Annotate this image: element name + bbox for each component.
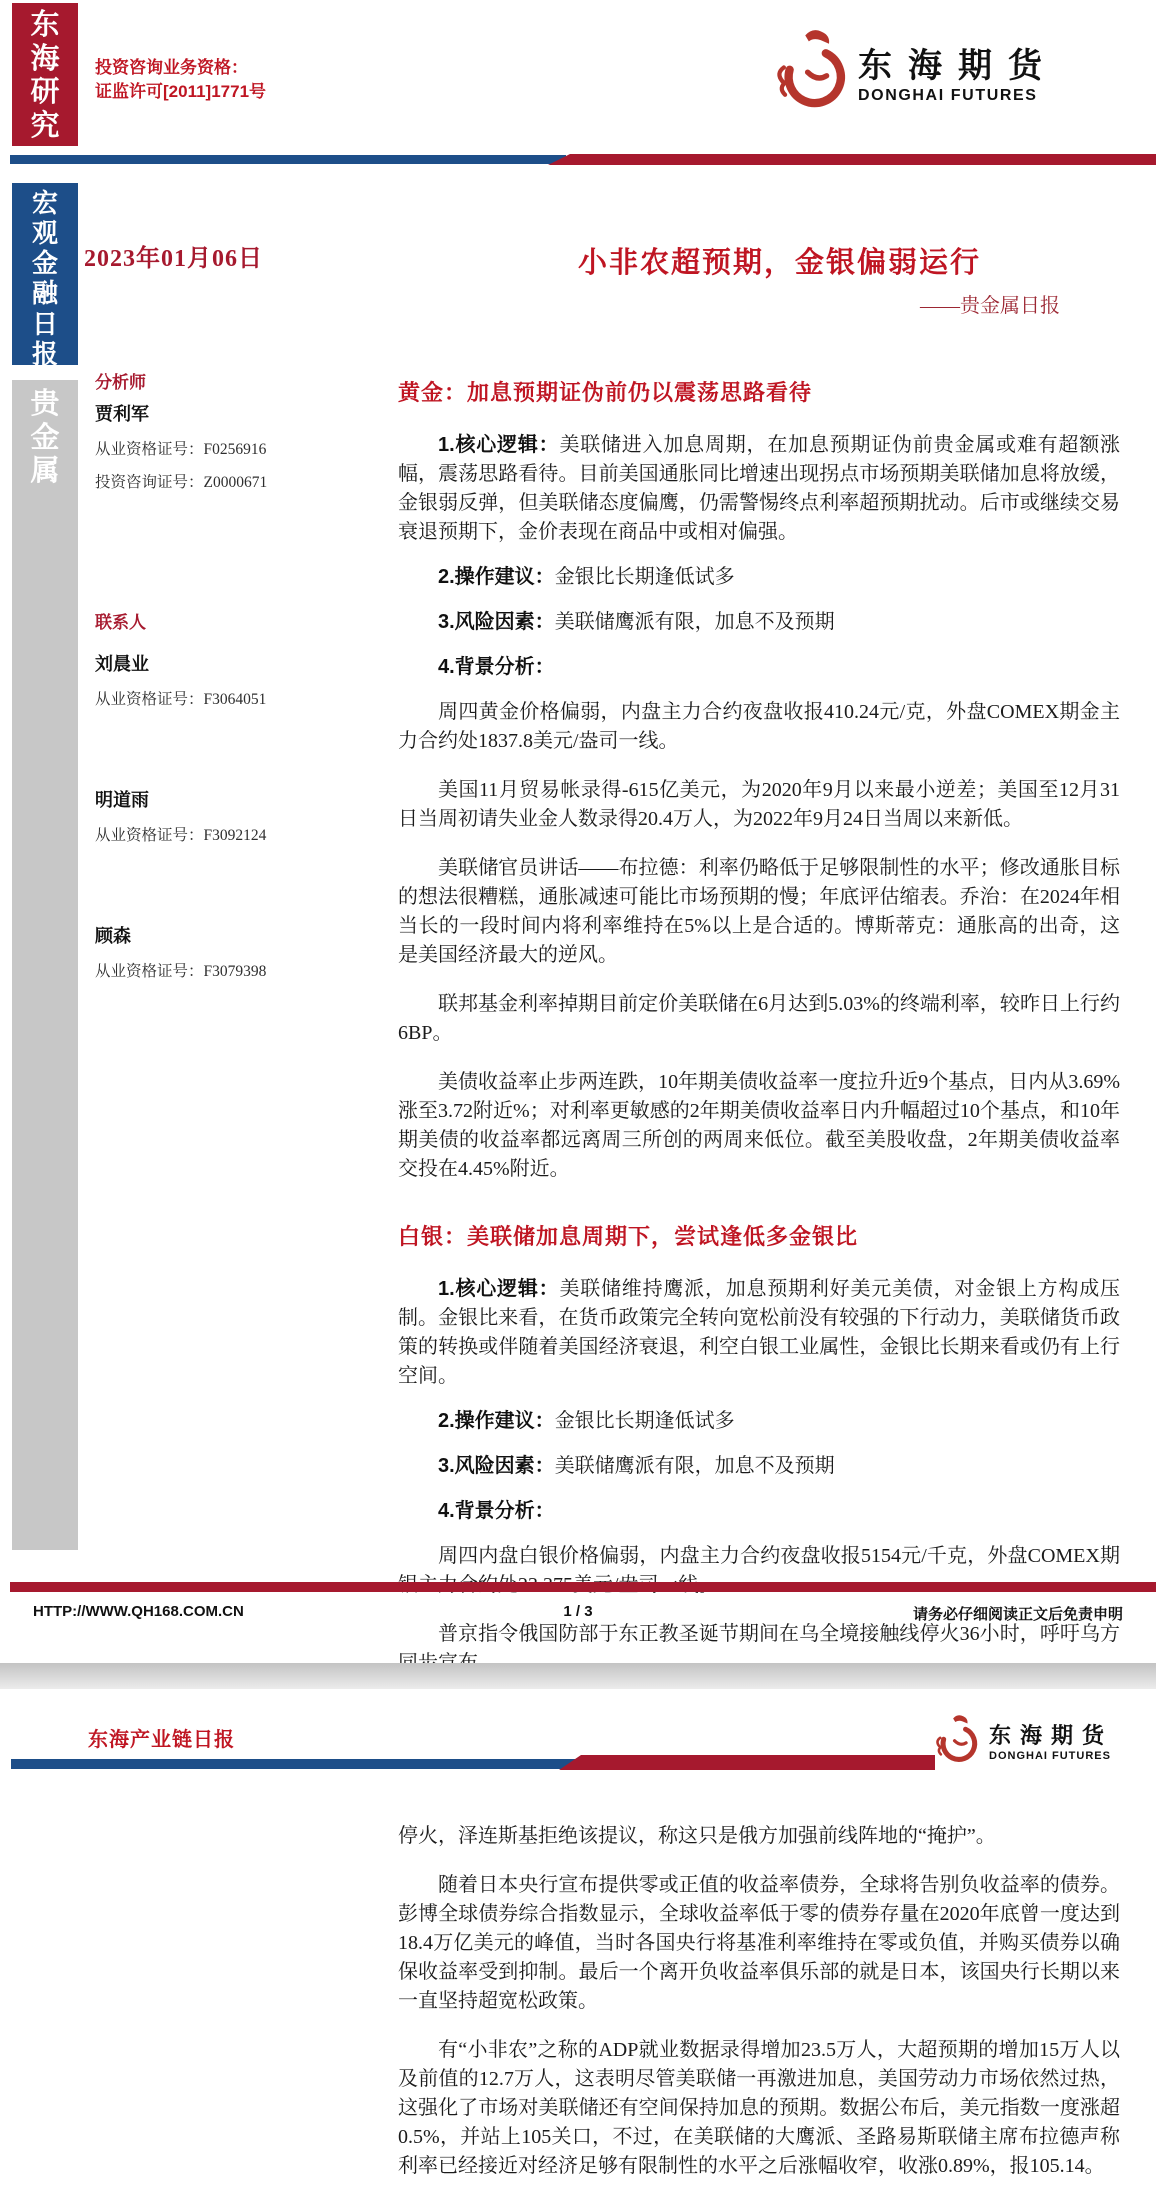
page2-body: 停火，泽连斯基拒绝该提议，称这只是俄方加强前线阵地的“掩护”。随着日本央行宣布提… [398,1822,1120,2192]
contact-cert-number: 从业资格证号：F3092124 [95,823,345,845]
analyst-name: 贾利军 [95,400,345,426]
brand-logo-page2: 东海期货 DONGHAI FUTURES [933,1712,1113,1768]
numbered-item-label: 4.背景分析： [438,656,555,678]
numbered-item-label: 2.操作建议： [438,1410,555,1432]
dragon-head [805,30,829,44]
brand-name-cn: 东海期货 [989,1719,1113,1750]
body-paragraph: 美债收益率止步两连跌，10年期美债收益率一度拉升近9个基点，日内从3.69%涨至… [398,1068,1120,1184]
page-footer: HTTP://WWW.QH168.COM.CN 1 / 3 请务必仔细阅读正文后… [0,1603,1156,1627]
contact-name: 明道雨 [95,786,345,812]
footer-divider [10,1582,1156,1592]
analyst-cert-number: 从业资格证号：F0256916 [95,437,345,459]
dragon-head [953,1715,967,1723]
page2-divider-bar [11,1755,935,1770]
contacts-label: 联系人 [95,608,146,633]
sidebar-tab-macro-label: 宏观金融日报 [31,188,58,369]
analyst-panel: 分析师 贾利军 从业资格证号：F0256916 投资咨询证号：Z0000671 … [95,368,345,492]
brand-logo-text-page2: 东海期货 DONGHAI FUTURES [989,1719,1113,1762]
footer-page-number: 1 / 3 [563,1603,592,1620]
numbered-item: 4.背景分析： [398,653,1120,682]
numbered-item-label: 3.风险因素： [438,611,555,633]
contact-name: 顾森 [95,922,345,948]
numbered-item: 1.核心逻辑：美联储进入加息周期，在加息预期证伪前贵金属或难有超额涨幅，震荡思路… [398,431,1120,547]
numbered-item-label: 4.背景分析： [438,1500,555,1522]
header-divider-bar [10,154,1156,165]
contact-entry: 顾森从业资格证号：F3079398 [95,915,345,981]
body-paragraph: 随着日本央行宣布提供零或正值的收益率债券，全球将告别负收益率的债券。彭博全球债券… [398,1871,1120,2016]
analyst-label: 分析师 [95,368,345,393]
numbered-item-label: 3.风险因素： [438,1455,555,1477]
numbered-item-label: 1.核心逻辑： [438,434,559,456]
brand-name-en: DONGHAI FUTURES [989,1750,1113,1762]
section-heading: 白银：美联储加息周期下，尝试逢低多金银比 [398,1220,1120,1251]
page2-header-title: 东海产业链日报 [88,1723,235,1752]
numbered-item: 3.风险因素：美联储鹰派有限，加息不及预期 [398,608,1120,637]
qualification-text: 投资咨询业务资格： 证监许可[2011]1771号 [95,56,266,104]
report-date: 2023年01月06日 [84,238,263,273]
contact-cert-number: 从业资格证号：F3079398 [95,959,345,981]
body-paragraph: 有“小非农”之称的ADP就业数据录得增加23.5万人，大超预期的增加15万人以及… [398,2036,1120,2181]
contact-entry: 明道雨从业资格证号：F3092124 [95,779,345,845]
report-subtitle: ——贵金属日报 [920,289,1060,318]
dragon-logo-icon [772,26,848,116]
sidebar-tab-macro-finance-daily: 宏观金融日报 [12,183,78,365]
page2-divider-blue-segment [11,1759,577,1769]
body-paragraph: 联邦基金利率掉期目前定价美联储在6月达到5.03%的终端利率，较昨日上行约6BP… [398,990,1120,1048]
footer-url[interactable]: HTTP://WWW.QH168.COM.CN [33,1603,244,1620]
brand-name-en: DONGHAI FUTURES [858,87,1058,105]
brand-logo-text: 东海期货 DONGHAI FUTURES [858,38,1058,105]
numbered-item: 3.风险因素：美联储鹰派有限，加息不及预期 [398,1452,1120,1481]
brand-logo: 东海期货 DONGHAI FUTURES [772,26,1058,116]
sidebar-tab-research-label: 东海研究 [30,9,60,144]
numbered-item-label: 1.核心逻辑： [438,1278,559,1300]
numbered-item: 2.操作建议：金银比长期逢低试多 [398,1407,1120,1436]
footer-disclaimer: 请务必仔细阅读正文后免责申明 [913,1603,1123,1624]
report-title: 小非农超预期，金银偏弱运行 [578,240,981,281]
analyst-advisory-number: 投资咨询证号：Z0000671 [95,470,345,492]
divider-blue-segment [10,155,566,164]
divider-red-segment [548,154,1156,165]
body-paragraph: 美联储官员讲话——布拉德：利率仍略低于足够限制性的水平；修改通胀目标的想法很糟糕… [398,854,1120,970]
body-paragraph: 美国11月贸易帐录得-615亿美元，为2020年9月以来最小逆差；美国至12月3… [398,776,1120,834]
sidebar-tab-precious-metal: 贵金属 [12,380,78,1550]
contact-cert-number: 从业资格证号：F3064051 [95,687,345,709]
section-heading: 黄金：加息预期证伪前仍以震荡思路看待 [398,376,1120,407]
numbered-item-label: 2.操作建议： [438,566,555,588]
contact-entry: 刘晨业从业资格证号：F3064051 [95,643,345,709]
contact-name: 刘晨业 [95,650,345,676]
page-separator [0,1663,1156,1689]
page2-divider-red-segment [559,1755,935,1770]
body-paragraph: 停火，泽连斯基拒绝该提议，称这只是俄方加强前线阵地的“掩护”。 [398,1822,1120,1851]
body-paragraph: 周四黄金价格偏弱，内盘主力合约夜盘收报410.24元/克，外盘COMEX期金主力… [398,698,1120,756]
brand-name-cn: 东海期货 [858,38,1058,87]
qualification-line2: 证监许可[2011]1771号 [95,80,266,104]
dragon-logo-icon [933,1712,979,1768]
numbered-item: 4.背景分析： [398,1497,1120,1526]
numbered-item: 2.操作建议：金银比长期逢低试多 [398,563,1120,592]
numbered-item: 1.核心逻辑：美联储维持鹰派，加息预期利好美元美债，对金银上方构成压制。金银比来… [398,1275,1120,1391]
sidebar-tab-metal-label: 贵金属 [30,388,60,489]
sidebar-tab-research: 东海研究 [12,3,78,146]
qualification-line1: 投资咨询业务资格： [95,56,266,80]
report-body: 黄金：加息预期证伪前仍以震荡思路看待1.核心逻辑：美联储进入加息周期，在加息预期… [398,376,1120,1698]
document: 东海研究 投资咨询业务资格： 证监许可[2011]1771号 东海期货 DONG… [0,0,1156,2196]
